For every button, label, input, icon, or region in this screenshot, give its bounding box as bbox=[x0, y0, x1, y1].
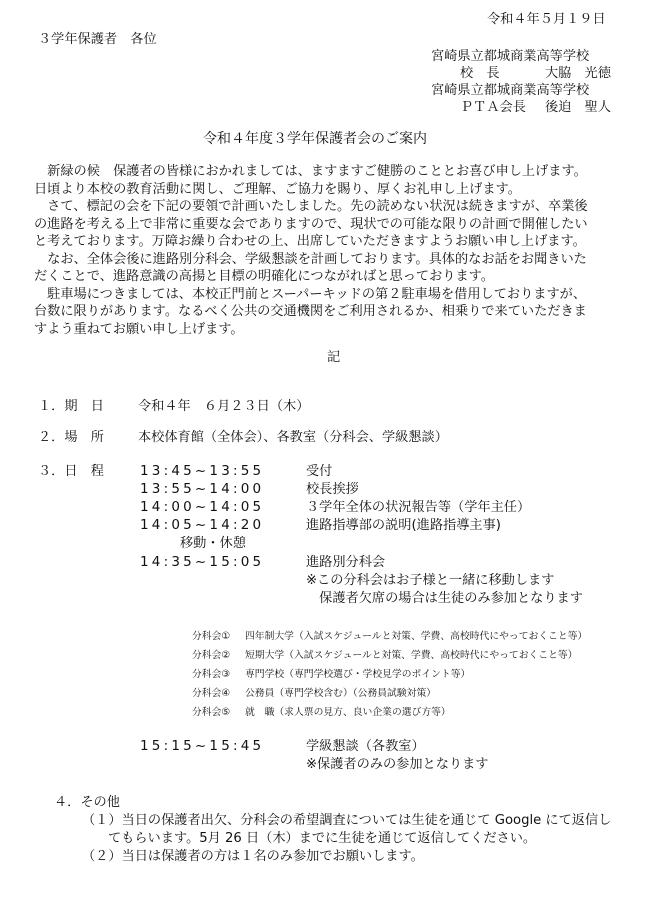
other-label: ４．その他 bbox=[54, 794, 120, 811]
breakout-label: 分科会② bbox=[192, 646, 230, 665]
breakout-text: 短期大学（入試スケジュールと対策、学費、高校時代にやっておくこと等） bbox=[245, 646, 578, 665]
body-line: すよう重ねてお願い申し上げます。 bbox=[34, 321, 644, 339]
body-line: 新緑の候 保護者の皆様におかれましては、ますますご健勝のこととお喜び申し上げます… bbox=[34, 163, 644, 181]
body-line: 台数に限りがあります。なるべく公共の交通機関をご利用されるか、相乗りで来ていただ… bbox=[34, 303, 644, 321]
class-note: ※保護者のみの参加となります bbox=[306, 756, 489, 773]
issue-date: 令和４年５月１９日 bbox=[487, 11, 606, 28]
breakout-text: 公務員（専門学校含む）（公務員試験対策） bbox=[245, 684, 436, 703]
schedule-event: 校長挨拶 bbox=[306, 481, 359, 498]
date-label: １．期 日 bbox=[38, 398, 104, 415]
body-line: と考えております。万障お繰り合わせの上、出席していただきますようお願い申し上げま… bbox=[34, 233, 644, 251]
breakout-label: 分科会⑤ bbox=[192, 703, 230, 722]
body-line: 日頃より本校の教育活動に関し、ご理解、ご協力を賜り、厚くお礼申し上げます。 bbox=[34, 181, 644, 199]
body-line: 駐車場につきましては、本校正門前とスーパーキッドの第２駐車場を借用しておりますが… bbox=[34, 286, 644, 304]
ki-heading: 記 bbox=[327, 349, 340, 366]
recipient: ３学年保護者 各位 bbox=[38, 31, 157, 48]
schedule-time: 13:45~13:55 bbox=[140, 463, 264, 480]
schedule-time: 14:05~14:20 bbox=[140, 517, 264, 534]
break-label: 移動・休憩 bbox=[180, 535, 246, 552]
body-line: なお、全体会後に進路別分科会、学級懇談を計画しております。具体的なお話をお聞きい… bbox=[34, 251, 644, 269]
pta-name: 後迫 聖人 bbox=[545, 99, 611, 116]
date-value: 令和４年 ６月２３日（木） bbox=[138, 398, 309, 415]
breakout-text: 就 職（求人票の見方、良い企業の選び方等） bbox=[245, 703, 451, 722]
schedule-event: ３学年全体の状況報告等（学年主任） bbox=[306, 499, 530, 516]
place-label: ２．場 所 bbox=[38, 429, 104, 446]
sender-school-1: 宮崎県立都城商業高等学校 bbox=[431, 48, 589, 65]
schedule-event: 進路別分科会 bbox=[306, 554, 385, 571]
body-line: だくことで、進路意識の高揚と目標の明確化につながればと思っております。 bbox=[34, 268, 644, 286]
other-note: （２）当日は保護者の方は１名のみ参加でお願いします。 bbox=[82, 848, 424, 865]
body-text: 新緑の候 保護者の皆様におかれましては、ますますご健勝のこととお喜び申し上げます… bbox=[34, 163, 644, 338]
schedule-event: 進路指導部の説明(進路指導主事) bbox=[306, 517, 501, 534]
body-line: の進路を考える上で非常に重要な会でありますので、現状での可能な限りの計画で開催し… bbox=[34, 216, 644, 234]
principal-title: 校 長 bbox=[460, 65, 500, 82]
schedule-time: 14:00~14:05 bbox=[140, 499, 264, 516]
session-note: 保護者欠席の場合は生徒のみ参加となります bbox=[306, 590, 583, 607]
schedule-time: 13:55~14:00 bbox=[140, 481, 264, 498]
other-note: てもらいます。5月 26 日（木）までに生徒を通じて返信してください。 bbox=[108, 830, 536, 847]
schedule-time: 14:35~15:05 bbox=[140, 554, 264, 571]
principal-name: 大脇 光徳 bbox=[545, 65, 611, 82]
breakout-label: 分科会① bbox=[192, 627, 230, 646]
session-note: ※この分科会はお子様と一緒に移動します bbox=[306, 572, 554, 589]
other-note: （１）当日の保護者出欠、分科会の希望調査については生徒を通じて Google に… bbox=[82, 812, 611, 829]
pta-title: ＰＴＡ会長 bbox=[460, 99, 526, 116]
schedule-label: ３．日 程 bbox=[38, 463, 104, 480]
sender-school-2: 宮崎県立都城商業高等学校 bbox=[431, 82, 589, 99]
breakout-label: 分科会③ bbox=[192, 665, 230, 684]
body-line: さて、標記の会を下記の要領で計画いたしました。先の読めない状況は続きますが、卒業… bbox=[34, 198, 644, 216]
schedule-event: 受付 bbox=[306, 463, 332, 480]
schedule-event: 学級懇談（各教室） bbox=[306, 738, 425, 755]
document-title: 令和４年度３学年保護者会のご案内 bbox=[203, 131, 427, 148]
schedule-time: 15:15~15:45 bbox=[140, 738, 264, 755]
breakout-label: 分科会④ bbox=[192, 684, 230, 703]
breakout-text: 専門学校（専門学校選び・学校見学のポイント等） bbox=[245, 665, 470, 684]
place-value: 本校体育館（全体会）、各教室（分科会、学級懇談） bbox=[138, 429, 448, 446]
breakout-text: 四年制大学（入試スケジュールと対策、学費、高校時代にやっておくこと等） bbox=[245, 627, 587, 646]
